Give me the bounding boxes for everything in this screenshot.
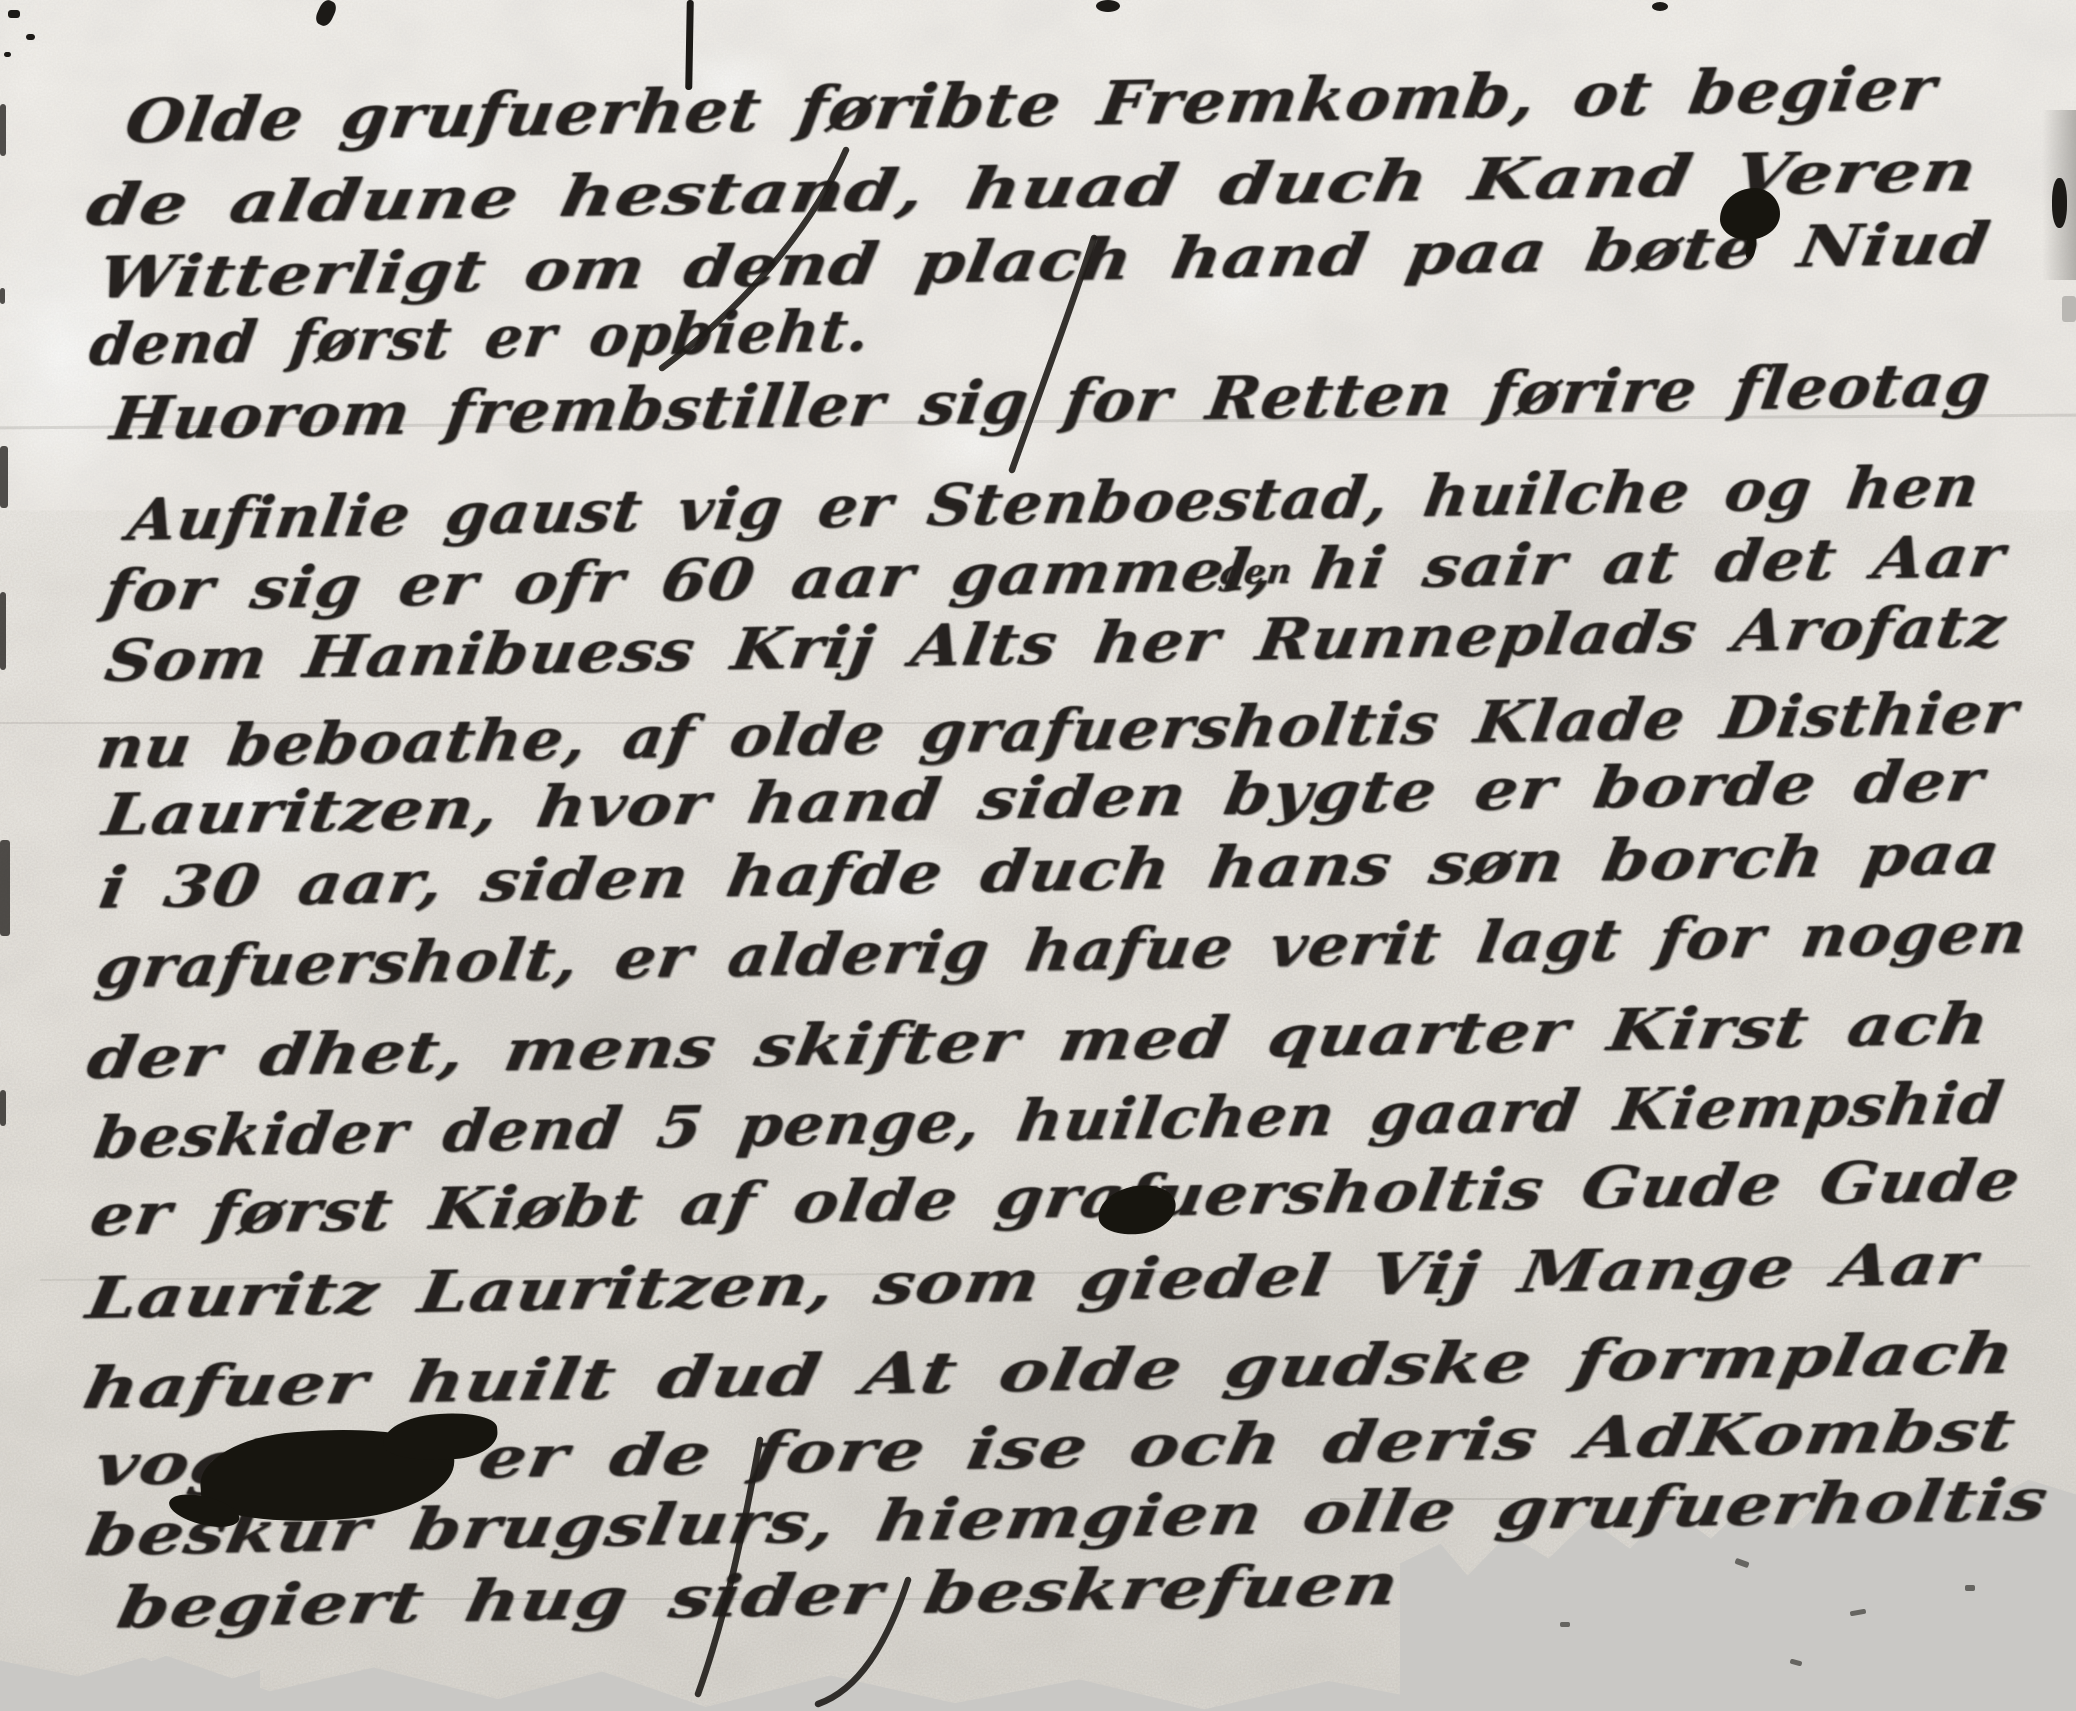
handwritten-line-13: der dhet, mens skifter med quarter Kirst… — [83, 995, 1994, 1087]
scan-artifact-mark-left-edge — [0, 288, 5, 304]
scan-dust-speck — [1560, 1622, 1570, 1627]
scan-artifact-mark-right-edge — [2052, 178, 2067, 228]
scan-artifact-mark-top — [1652, 2, 1668, 11]
scan-dust-speck — [1965, 1585, 1975, 1591]
scan-artifact-mark-left-edge — [0, 446, 8, 508]
interlinear-insertion: gen — [1217, 554, 1295, 589]
scan-artifact-mark-left-edge — [0, 104, 6, 156]
scan-artifact-mark-left-edge — [0, 592, 6, 670]
handwritten-line-12: grafuersholt, er alderig hafue verit lag… — [92, 904, 2032, 997]
scan-artifact-mark-top — [1096, 0, 1120, 12]
scan-artifact-mark-right-edge — [2062, 296, 2076, 322]
scan-artifact-mark-left-edge — [0, 1090, 6, 1126]
scan-artifact-mark-corner — [4, 52, 11, 57]
handwritten-line-16: Lauritz Lauritzen, som giedel Vij Mange … — [83, 1235, 1982, 1327]
scan-artifact-mark-corner — [26, 34, 35, 40]
scan-artifact-mark-left-edge — [0, 840, 10, 936]
handwritten-line-20: begiert hug sider beskrefuen — [113, 1556, 1404, 1637]
scan-artifact-mark-corner — [8, 10, 20, 18]
manuscript-scan-page: Olde grufuerhet føribte Fremkomb, ot beg… — [0, 0, 2076, 1711]
handwritten-line-4: dend først er opbieht. — [86, 302, 874, 373]
handwritten-line-1: Olde grufuerhet føribte Fremkomb, ot beg… — [121, 59, 1940, 152]
